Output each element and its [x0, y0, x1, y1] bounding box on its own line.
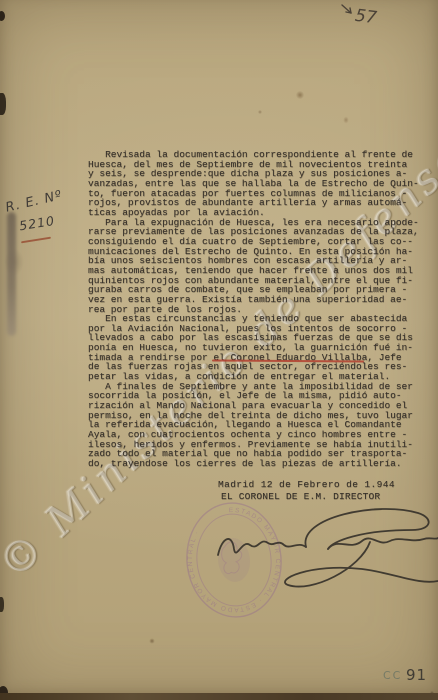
registry-note: R. E. Nº 5210 — [5, 193, 75, 229]
paper-stain — [0, 93, 6, 115]
signature — [210, 497, 438, 607]
paper-stain — [0, 597, 4, 612]
arrow-icon — [340, 2, 356, 18]
signature-path — [218, 509, 438, 587]
page-edge-shadow — [0, 693, 438, 700]
dateline: Madrid 12 de Febrero de 1.944 — [218, 479, 395, 490]
folio-number: 91 — [406, 666, 427, 684]
registry-underline — [21, 237, 51, 244]
paper-stain — [0, 11, 5, 21]
page-number-annotation: 57 — [354, 6, 378, 28]
document-body: Revisada la documentación correspondient… — [88, 150, 419, 469]
document-page: © Ministerio de Defensa 57 R. E. Nº 5210… — [0, 0, 438, 700]
paper-shadow-streak — [7, 212, 16, 336]
registry-number: 5210 — [18, 210, 76, 234]
faint-stamp-mark: CC — [383, 669, 402, 682]
